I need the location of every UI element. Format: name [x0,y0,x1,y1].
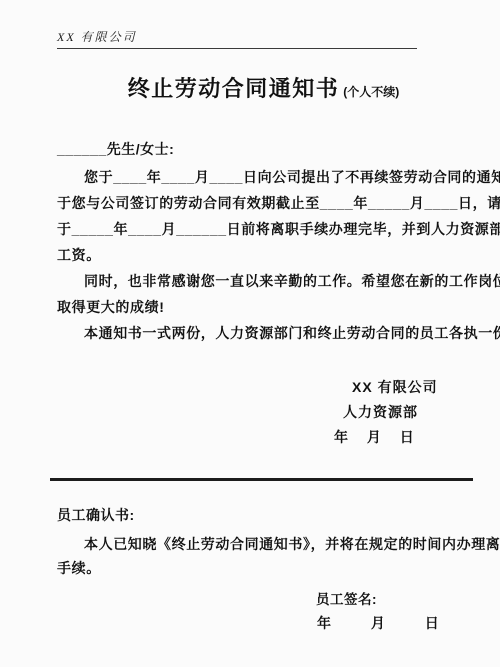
notice-document-page: XX 有限公司 终止劳动合同通知书(个人不续) ______先生/女士: 您于_… [0,0,500,667]
body-line: 于您与公司签订的劳动合同有效期截止至____年_____月____日，请您 [57,190,472,216]
signature-company-name: XX 有限公司 [352,377,438,397]
company-letterhead: XX 有限公司 [57,28,417,49]
body-line: 工资。 [57,242,472,268]
confirmation-line: 手续。 [57,558,101,578]
document-title-suffix: (个人不续) [343,85,399,99]
body-line: 您于____年____月____日向公司提出了不再续签劳动合同的通知，鉴 [57,164,472,190]
employee-sign-label: 员工签名: [316,588,377,608]
notice-body: 您于____年____月____日向公司提出了不再续签劳动合同的通知，鉴 于您与… [57,164,472,346]
letterhead-company-name: XX 有限公司 [57,30,137,44]
confirmation-heading: 员工确认书: [57,505,135,525]
body-line: 于_____年____月______日前将离职手续办理完毕，并到人力资源部结算 [57,216,472,242]
document-title: 终止劳动合同通知书(个人不续) [57,72,470,103]
signature-department: 人力资源部 [343,402,418,422]
section-divider [50,478,473,481]
signature-date-line: 年 月 日 [334,427,414,447]
document-title-main: 终止劳动合同通知书 [128,76,340,101]
employee-sign-date-line: 年 月 日 [317,613,439,633]
body-line: 取得更大的成绩! [57,294,472,320]
confirmation-line: 本人已知晓《终止劳动合同通知书》，并将在规定的时间内办理离职 [57,534,472,554]
body-line: 同时，也非常感谢您一直以来辛勤的工作。希望您在新的工作岗位上 [57,268,472,294]
body-line: 本通知书一式两份，人力资源部门和终止劳动合同的员工各执一份。 [57,320,472,346]
salutation-line: ______先生/女士: [57,139,174,159]
